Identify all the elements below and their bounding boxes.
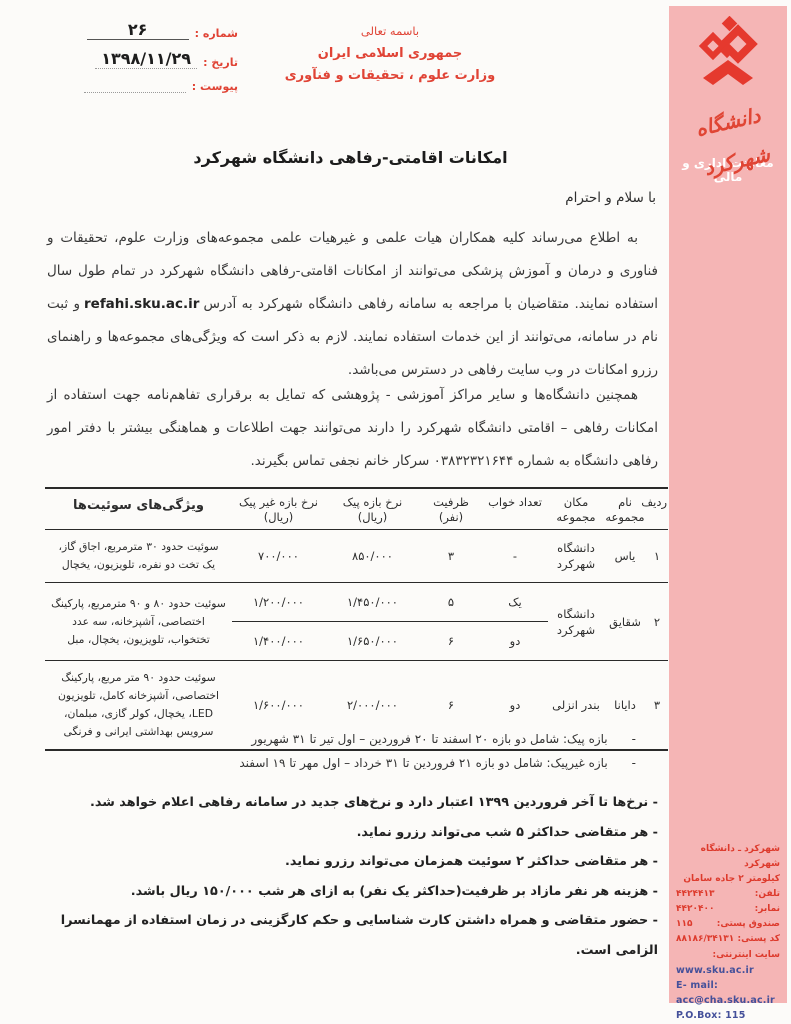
note-line: - هر متقاضی حداکثر ۵ شب می‌تواند رزرو نم… xyxy=(45,818,658,848)
university-name-calligraphy: دانشگاه شهرکرد xyxy=(666,89,790,155)
postal-code-row: کد پستی: ۸۸۱۸۶/۳۴۱۳۱ xyxy=(676,932,780,947)
period-note-text: بازه غیرپیک: شامل دو بازه ۲۱ فروردین تا … xyxy=(239,751,607,775)
table-cell: سوئیت حدود ۳۰ مترمربع، اجاق گاز، یک تخت … xyxy=(45,530,232,583)
letterhead-center: باسمه تعالی جمهوری اسلامی ایران وزارت عل… xyxy=(240,24,540,83)
table-cell: دو xyxy=(482,622,548,661)
meta-number-label: شماره : xyxy=(195,27,238,40)
table-header-row: ردیف ناممجموعه مکانمجموعه تعداد خواب ظرف… xyxy=(45,488,668,530)
website-label: سایت اینترنتی: xyxy=(676,948,780,963)
address-line-2: کیلومتر ۲ جاده سامان xyxy=(676,872,780,887)
letter-title: امکانات اقامتی-رفاهی دانشگاه شهرکرد xyxy=(45,148,656,167)
note-line: - حضور متقاضی و همراه داشتن کارت شناسایی… xyxy=(45,906,658,965)
column-header-features: ویژگی‌های سوئیت‌ها xyxy=(45,488,232,530)
country-text: جمهوری اسلامی ایران xyxy=(240,46,540,61)
mailbox-label: صندوق پستی: xyxy=(717,917,780,932)
column-header-peak-rate: نرخ بازه پیک(ریال) xyxy=(325,488,420,530)
meta-attachment-line xyxy=(84,78,186,93)
table-cell: سوئیت حدود ۸۰ و ۹۰ مترمربع، پارکینگ اختص… xyxy=(45,583,232,661)
contact-block: شهرکرد ـ دانشگاه شهرکرد کیلومتر ۲ جاده س… xyxy=(676,842,780,1023)
address-line-1: شهرکرد ـ دانشگاه شهرکرد xyxy=(676,842,780,872)
period-note-offpeak: - بازه غیرپیک: شامل دو بازه ۲۱ فروردین ت… xyxy=(239,751,636,775)
fax-row: نمابر: ۴۴۲۰۴۰۰ xyxy=(676,902,780,917)
letter-meta: شماره : ۲۶ تاریخ : ۱۳۹۸/۱۱/۲۹ پیوست : xyxy=(58,20,238,102)
phone-value: ۴۴۲۴۴۱۳ xyxy=(676,887,714,902)
column-header-row-number: ردیف xyxy=(646,488,668,530)
table-cell: - xyxy=(482,530,548,583)
university-logo-icon xyxy=(691,16,765,94)
period-note-peak: - بازه پیک: شامل دو بازه ۲۰ اسفند تا ۲۰ … xyxy=(239,727,636,751)
mailbox-value: ۱۱۵ xyxy=(676,917,692,932)
table-cell: یک xyxy=(482,583,548,622)
email-link[interactable]: acc@cha.sku.ac.ir xyxy=(676,993,780,1008)
refahi-portal-link[interactable]: refahi.sku.ac.ir xyxy=(84,288,199,321)
meta-date-label: تاریخ : xyxy=(203,56,238,69)
postal-code-value: ۸۸۱۸۶/۳۴۱۳۱ xyxy=(676,932,734,947)
website-link[interactable]: www.sku.ac.ir xyxy=(676,963,780,978)
dash-bullet: - xyxy=(632,727,636,751)
table-cell: ۳ xyxy=(646,661,668,751)
column-header-complex-name: ناممجموعه xyxy=(604,488,646,530)
logo-wrap xyxy=(669,16,787,98)
pobox-text: P.O.Box: 115 xyxy=(676,1008,780,1023)
mailbox-row: صندوق پستی: ۱۱۵ xyxy=(676,917,780,932)
meta-date-value: ۱۳۹۸/۱۱/۲۹ xyxy=(101,49,191,68)
meta-attachment-row: پیوست : xyxy=(58,78,238,93)
phone-row: تلفن: ۴۴۲۴۴۱۳ xyxy=(676,887,780,902)
table-cell: ۳ xyxy=(420,530,482,583)
table-cell: ۵ xyxy=(420,583,482,622)
note-line: - نرخ‌ها تا آخر فروردین ۱۳۹۹ اعتبار دارد… xyxy=(45,788,658,818)
greeting-text: با سلام و احترام xyxy=(565,190,656,206)
table-cell: ۱ xyxy=(646,530,668,583)
note-line: - هزینه هر نفر مازاد بر ظرفیت(حداکثر یک … xyxy=(45,877,658,907)
dash-bullet: - xyxy=(632,751,636,775)
table-row-yas: ۱ یاس دانشگاه شهرکرد - ۳ ۸۵۰/۰۰۰ ۷۰۰/۰۰۰… xyxy=(45,530,668,583)
table-cell: ۱/۴۵۰/۰۰۰ xyxy=(325,583,420,622)
fax-label: نمابر: xyxy=(755,902,780,917)
table-cell: ۱/۴۰۰/۰۰۰ xyxy=(232,622,325,661)
ministry-text: وزارت علوم ، تحقیقات و فنآوری xyxy=(240,68,540,83)
column-header-location: مکانمجموعه xyxy=(548,488,604,530)
meta-date-row: تاریخ : ۱۳۹۸/۱۱/۲۹ xyxy=(58,49,238,69)
table-row-shaghayegh: ۲ شقایق دانشگاه شهرکرد یک ۵ ۱/۴۵۰/۰۰۰ ۱/… xyxy=(45,583,668,622)
table-cell: دانشگاه شهرکرد xyxy=(548,583,604,661)
table-cell: یاس xyxy=(604,530,646,583)
email-label: E- mail: xyxy=(676,978,780,993)
letterhead-sidebar: دانشگاه شهرکرد معاونت اداری و مالی شهرکر… xyxy=(669,6,787,1003)
table-cell: ۶ xyxy=(420,622,482,661)
table-cell: ۸۵۰/۰۰۰ xyxy=(325,530,420,583)
meta-date-line: ۱۳۹۸/۱۱/۲۹ xyxy=(95,49,197,69)
bismillah-text: باسمه تعالی xyxy=(240,24,540,38)
column-header-bedrooms: تعداد خواب xyxy=(482,488,548,530)
table-cell: ۷۰۰/۰۰۰ xyxy=(232,530,325,583)
period-note-text: بازه پیک: شامل دو بازه ۲۰ اسفند تا ۲۰ فر… xyxy=(251,727,607,751)
paragraph-1: به اطلاع می‌رساند کلیه همکاران هیات علمی… xyxy=(47,222,658,387)
period-notes: - بازه پیک: شامل دو بازه ۲۰ اسفند تا ۲۰ … xyxy=(239,727,636,775)
meta-number-row: شماره : ۲۶ xyxy=(58,20,238,40)
table-cell: ۱/۶۵۰/۰۰۰ xyxy=(325,622,420,661)
postal-code-label: کد پستی: xyxy=(738,932,780,947)
column-header-capacity: ظرفیت(نفر) xyxy=(420,488,482,530)
table-cell: ۱/۲۰۰/۰۰۰ xyxy=(232,583,325,622)
meta-attachment-label: پیوست : xyxy=(192,80,238,93)
meta-number-value: ۲۶ xyxy=(128,20,148,39)
paragraph-2: همچنین دانشگاه‌ها و سایر مراکز آموزشی - … xyxy=(47,379,658,478)
phone-label: تلفن: xyxy=(755,887,780,902)
table-cell: ۲ xyxy=(646,583,668,661)
table-cell: سوئیت حدود ۹۰ متر مربع، پارکینگ اختصاصی،… xyxy=(45,661,232,751)
fax-value: ۴۴۲۰۴۰۰ xyxy=(676,902,714,917)
facilities-table: ردیف ناممجموعه مکانمجموعه تعداد خواب ظرف… xyxy=(45,487,668,751)
footer-notes: - نرخ‌ها تا آخر فروردین ۱۳۹۹ اعتبار دارد… xyxy=(45,788,658,965)
scanned-letter-page: دانشگاه شهرکرد معاونت اداری و مالی شهرکر… xyxy=(0,0,791,1024)
table-cell: شقایق xyxy=(604,583,646,661)
meta-number-line: ۲۶ xyxy=(87,20,189,40)
column-header-offpeak-rate: نرخ بازه غیر پیک(ریال) xyxy=(232,488,325,530)
table-cell: دانشگاه شهرکرد xyxy=(548,530,604,583)
note-line: - هر متقاضی حداکثر ۲ سوئیت همزمان می‌توا… xyxy=(45,847,658,877)
